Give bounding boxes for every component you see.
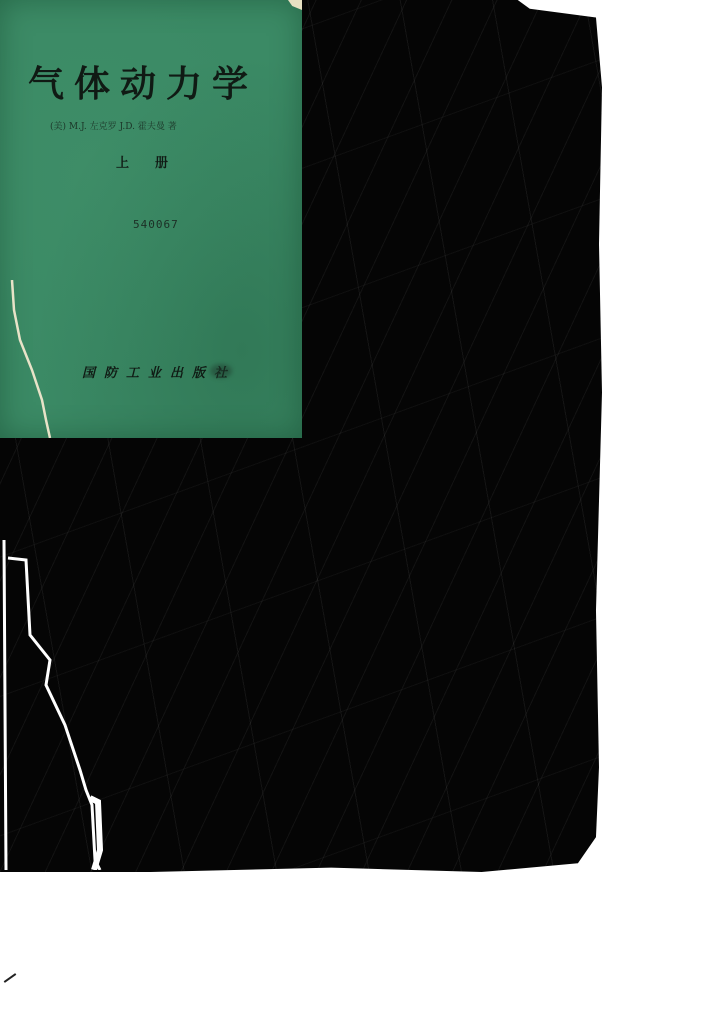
- ink-smudge: [210, 364, 232, 378]
- library-stamp-number: 540067: [133, 218, 179, 231]
- book-title: 气体动力学: [28, 56, 268, 107]
- book-authors: (美) M.J. 左克罗 J.D. 霍夫曼 著: [50, 119, 177, 132]
- pen-mark: [4, 973, 17, 983]
- cover-torn-edge: [10, 280, 55, 438]
- torn-edge-crack: [0, 540, 110, 870]
- book-front-cover: 气体动力学 (美) M.J. 左克罗 J.D. 霍夫曼 著 上册 540067 …: [0, 0, 302, 438]
- cover-worn-corner: [288, 0, 302, 10]
- book-volume: 上册: [116, 152, 194, 171]
